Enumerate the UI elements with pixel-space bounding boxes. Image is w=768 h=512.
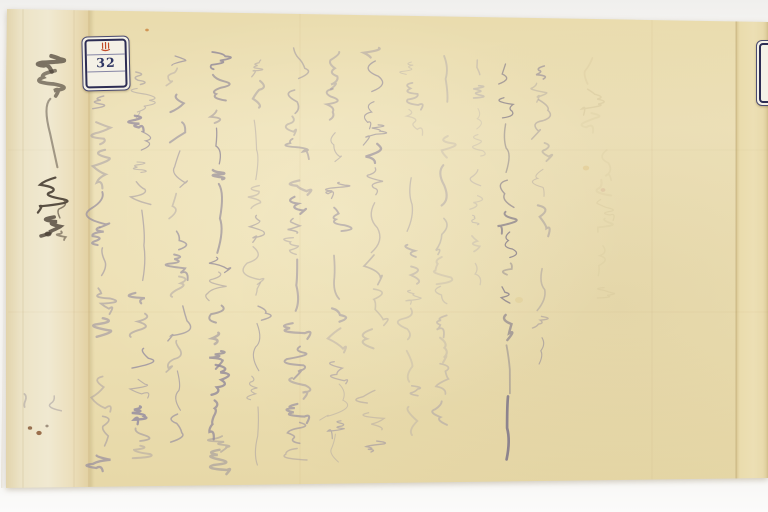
partial-label <box>756 40 768 106</box>
manuscript-scan: 32 <box>0 0 768 512</box>
edge-inscription-calligraphy <box>38 56 68 240</box>
catalog-label-empty-row <box>87 71 125 86</box>
catalog-number: 32 <box>96 55 116 70</box>
red-seal-icon <box>99 42 111 52</box>
catalog-label-frame: 32 <box>84 38 127 88</box>
catalog-number-label: 32 <box>81 35 130 91</box>
partial-label-frame <box>759 43 768 103</box>
main-text-calligraphy <box>87 48 615 474</box>
